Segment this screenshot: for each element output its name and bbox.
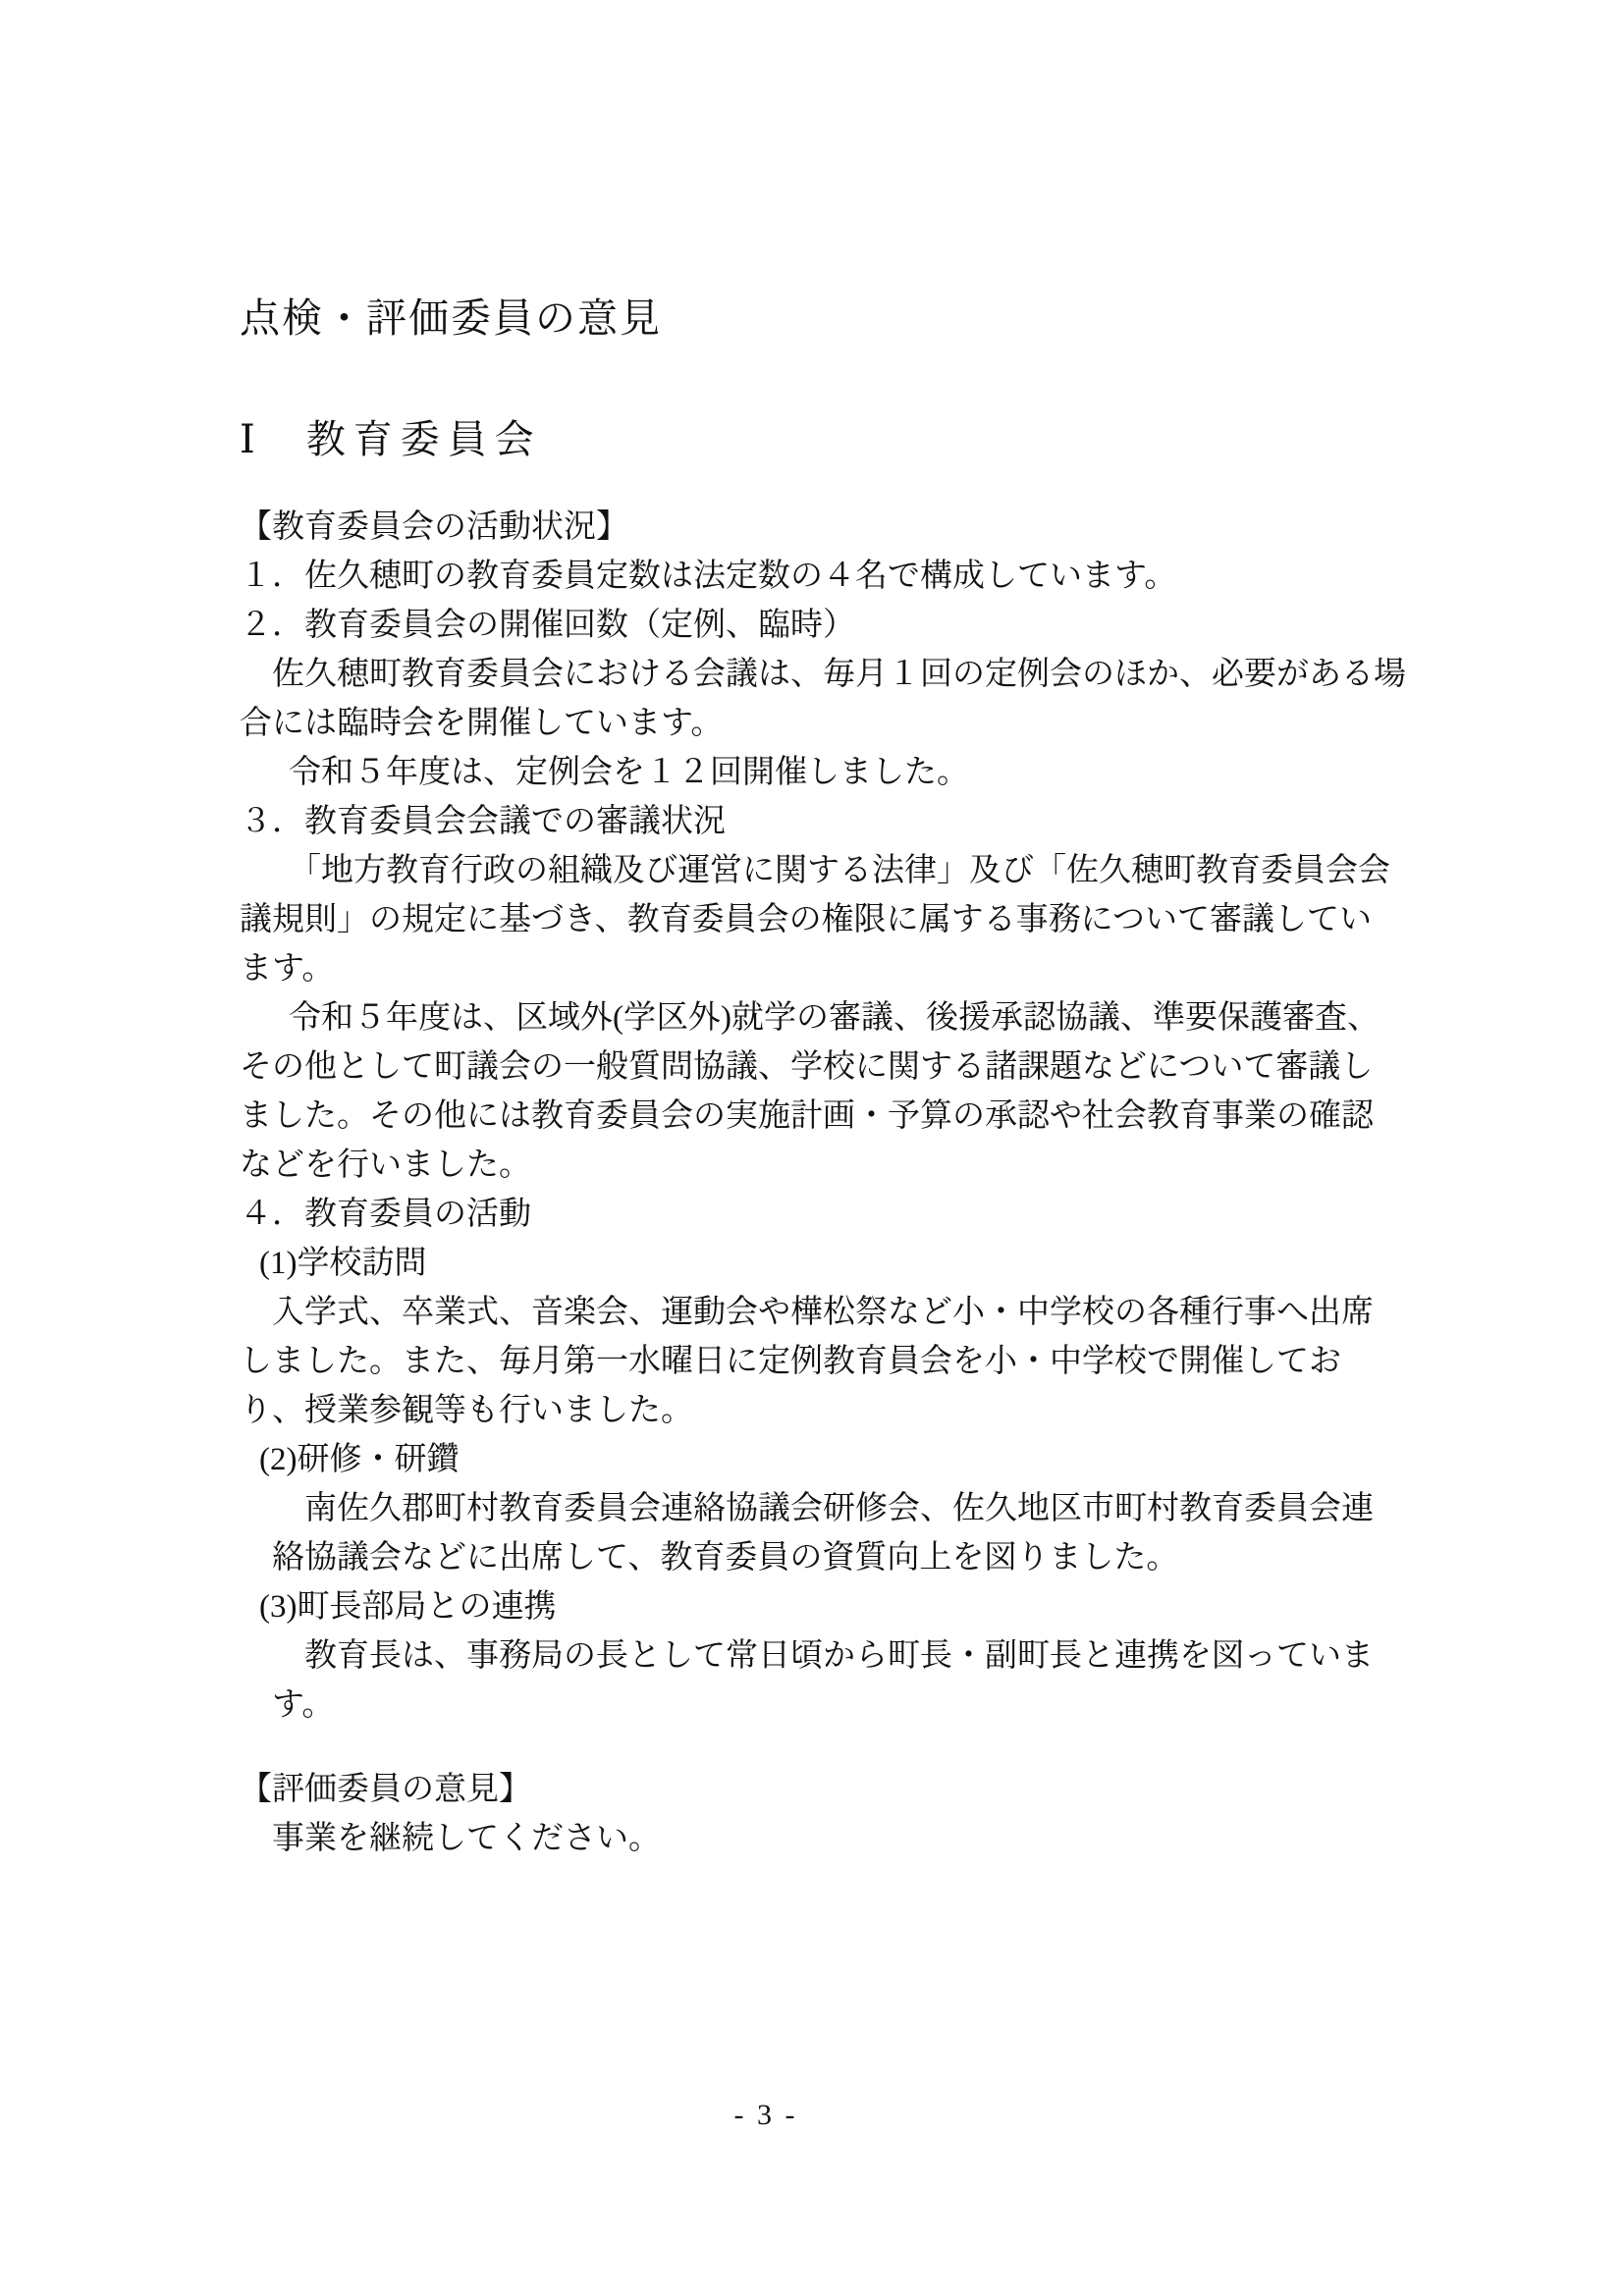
- section-number: Ⅰ: [240, 414, 255, 465]
- page-number: - 3 -: [0, 2099, 1532, 2132]
- body-line: り、授業参観等も行いました。: [240, 1386, 1506, 1435]
- body-line: 入学式、卒業式、音楽会、運動会や樺松祭など小・中学校の各種行事へ出席: [240, 1288, 1506, 1337]
- body-line: 令和５年度は、定例会を１２回開催しました。: [240, 748, 1506, 797]
- body-line: す。: [240, 1681, 1506, 1730]
- body-line: 合には臨時会を開催しています。: [240, 699, 1506, 748]
- body-line: 教育長は、事務局の長として常日頃から町長・副町長と連携を図っていま: [240, 1631, 1506, 1681]
- body-line: 議規則」の規定に基づき、教育委員会の権限に属する事務について審議してい: [240, 895, 1506, 944]
- body-line: (1)学校訪問: [240, 1239, 1506, 1288]
- document-page: { "page": { "title": "点検・評価委員の意見", "sect…: [0, 0, 1624, 2296]
- body-line: １．佐久穂町の教育委員定数は法定数の４名で構成しています。: [240, 552, 1506, 601]
- page-title: 点検・評価委員の意見: [240, 291, 1506, 346]
- body-line: ます。: [240, 944, 1506, 993]
- body-line: (3)町長部局との連携: [240, 1582, 1506, 1631]
- activity-heading: 【教育委員会の活動状況】: [240, 503, 1506, 552]
- body-line: 令和５年度は、区域外(学区外)就学の審議、後援承認協議、準要保護審査、: [240, 993, 1506, 1042]
- body-line: ４．教育委員の活動: [240, 1190, 1506, 1239]
- body-line: 絡協議会などに出席して、教育委員の資質向上を図りました。: [240, 1533, 1506, 1582]
- section-heading: Ⅰ教育委員会: [240, 414, 1506, 465]
- section-title: 教育委員会: [306, 417, 542, 461]
- body-line: ２．教育委員会の開催回数（定例、臨時）: [240, 601, 1506, 650]
- activity-section: 【教育委員会の活動状況】 １．佐久穂町の教育委員定数は法定数の４名で構成していま…: [240, 503, 1506, 1730]
- body-line: (2)研修・研鑽: [240, 1435, 1506, 1484]
- body-line: その他として町議会の一般質問協議、学校に関する諸課題などについて審議し: [240, 1042, 1506, 1092]
- body-line: 佐久穂町教育委員会における会議は、毎月１回の定例会のほか、必要がある場: [240, 650, 1506, 699]
- body-line: などを行いました。: [240, 1141, 1506, 1190]
- body-line: ３．教育委員会会議での審議状況: [240, 797, 1506, 846]
- body-line: 南佐久郡町村教育委員会連絡協議会研修会、佐久地区市町村教育委員会連: [240, 1484, 1506, 1533]
- body-line: しました。また、毎月第一水曜日に定例教育員会を小・中学校で開催してお: [240, 1337, 1506, 1386]
- opinion-heading: 【評価委員の意見】: [240, 1765, 1506, 1814]
- document-body: 点検・評価委員の意見 Ⅰ教育委員会 【教育委員会の活動状況】 １．佐久穂町の教育…: [0, 291, 1624, 1863]
- body-line: ました。その他には教育委員会の実施計画・予算の承認や社会教育事業の確認: [240, 1092, 1506, 1141]
- opinion-section: 【評価委員の意見】 事業を継続してください。: [240, 1765, 1506, 1863]
- opinion-body: 事業を継続してください。: [240, 1814, 1506, 1863]
- body-line: 「地方教育行政の組織及び運営に関する法律」及び「佐久穂町教育委員会会: [240, 846, 1506, 895]
